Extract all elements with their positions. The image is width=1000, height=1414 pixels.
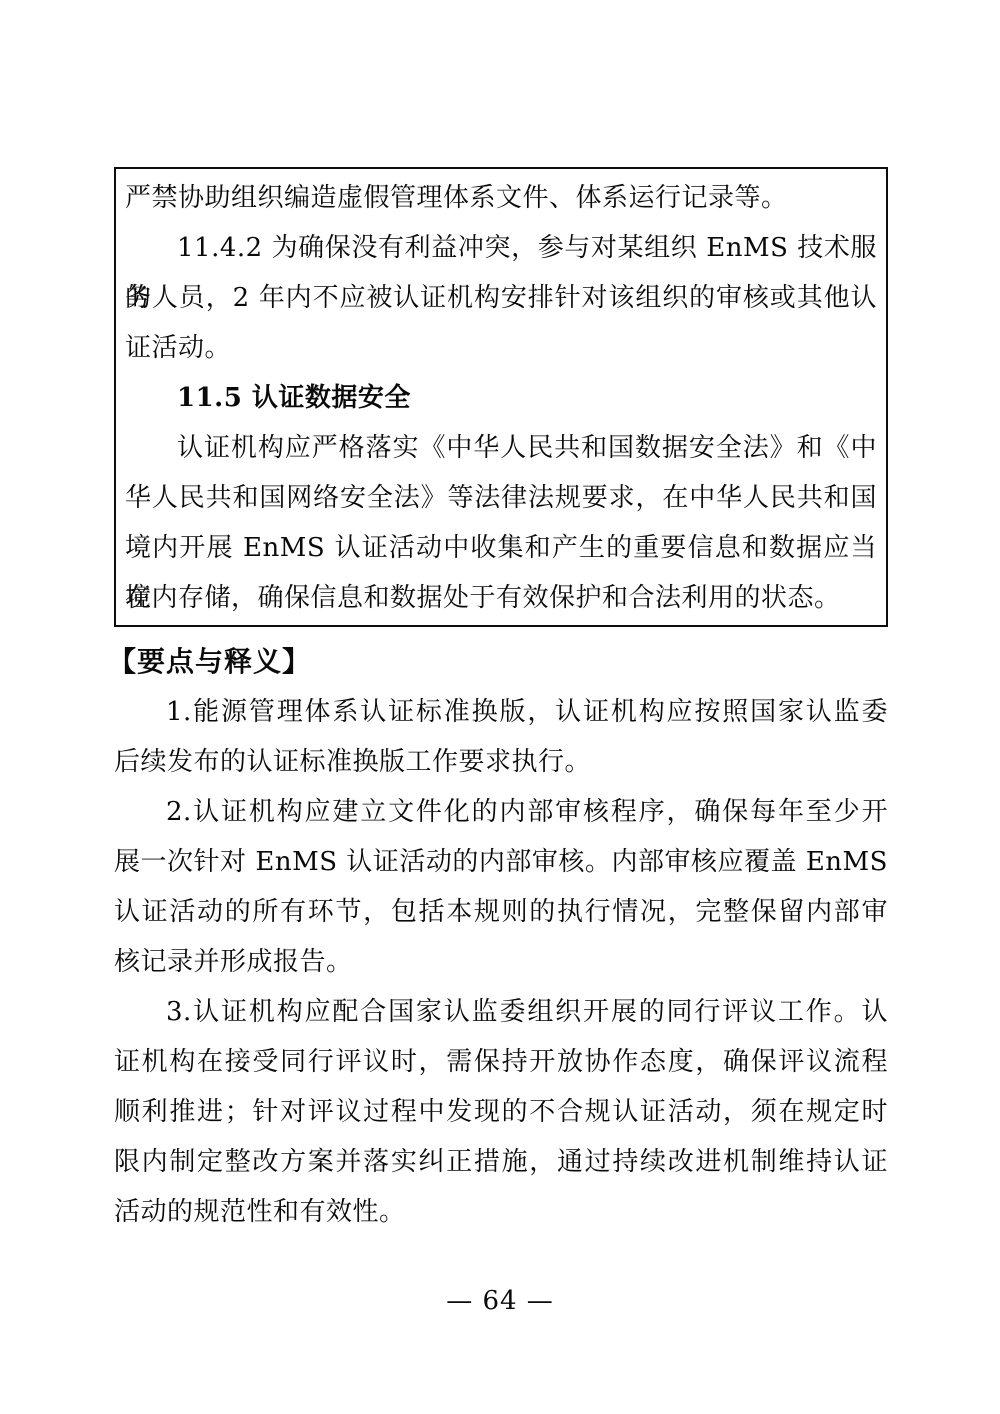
boxed-clause-line: 境内存储，确保信息和数据处于有效保护和合法利用的状态。: [125, 573, 877, 623]
boxed-clause-line: 认证机构应严格落实《中华人民共和国数据安全法》和《中: [125, 423, 877, 473]
boxed-clause-line: 境内开展 EnMS 认证活动中收集和产生的重要信息和数据应当在: [125, 523, 877, 573]
page-number: — 64 —: [0, 1286, 1000, 1316]
boxed-clause-line: 的人员，2 年内不应被认证机构安排针对该组织的审核或其他认: [125, 273, 877, 323]
key-points-line: 活动的规范性和有效性。: [114, 1187, 888, 1237]
key-points-line: 1.能源管理体系认证标准换版，认证机构应按照国家认监委: [114, 687, 888, 737]
document-page: 严禁协助组织编造虚假管理体系文件、体系运行记录等。11.4.2 为确保没有利益冲…: [0, 0, 1000, 1414]
key-points-body: 1.能源管理体系认证标准换版，认证机构应按照国家认监委后续发布的认证标准换版工作…: [114, 687, 888, 1237]
key-points-line: 展一次针对 EnMS 认证活动的内部审核。内部审核应覆盖 EnMS: [114, 837, 888, 887]
key-points-line: 后续发布的认证标准换版工作要求执行。: [114, 737, 888, 787]
page-content: 严禁协助组织编造虚假管理体系文件、体系运行记录等。11.4.2 为确保没有利益冲…: [114, 167, 888, 1237]
boxed-clause-line: 证活动。: [125, 323, 877, 373]
key-points-line: 顺利推进；针对评议过程中发现的不合规认证活动，须在规定时: [114, 1087, 888, 1137]
key-points-line: 限内制定整改方案并落实纠正措施，通过持续改进机制维持认证: [114, 1137, 888, 1187]
key-points-line: 认证活动的所有环节，包括本规则的执行情况，完整保留内部审: [114, 887, 888, 937]
key-points-line: 2.认证机构应建立文件化的内部审核程序，确保每年至少开: [114, 787, 888, 837]
key-points-line: 核记录并形成报告。: [114, 937, 888, 987]
boxed-clause-line: 华人民共和国网络安全法》等法律法规要求，在中华人民共和国: [125, 473, 877, 523]
boxed-clause-line: 11.5 认证数据安全: [125, 373, 877, 423]
boxed-clause-section: 严禁协助组织编造虚假管理体系文件、体系运行记录等。11.4.2 为确保没有利益冲…: [114, 167, 888, 627]
boxed-clause-line: 11.4.2 为确保没有利益冲突，参与对某组织 EnMS 技术服务: [125, 223, 877, 273]
key-points-line: 证机构在接受同行评议时，需保持开放协作态度，确保评议流程: [114, 1037, 888, 1087]
key-points-line: 3.认证机构应配合国家认监委组织开展的同行评议工作。认: [114, 987, 888, 1037]
boxed-clause-line: 严禁协助组织编造虚假管理体系文件、体系运行记录等。: [125, 173, 877, 223]
key-points-heading: 【要点与释义】: [108, 637, 888, 687]
